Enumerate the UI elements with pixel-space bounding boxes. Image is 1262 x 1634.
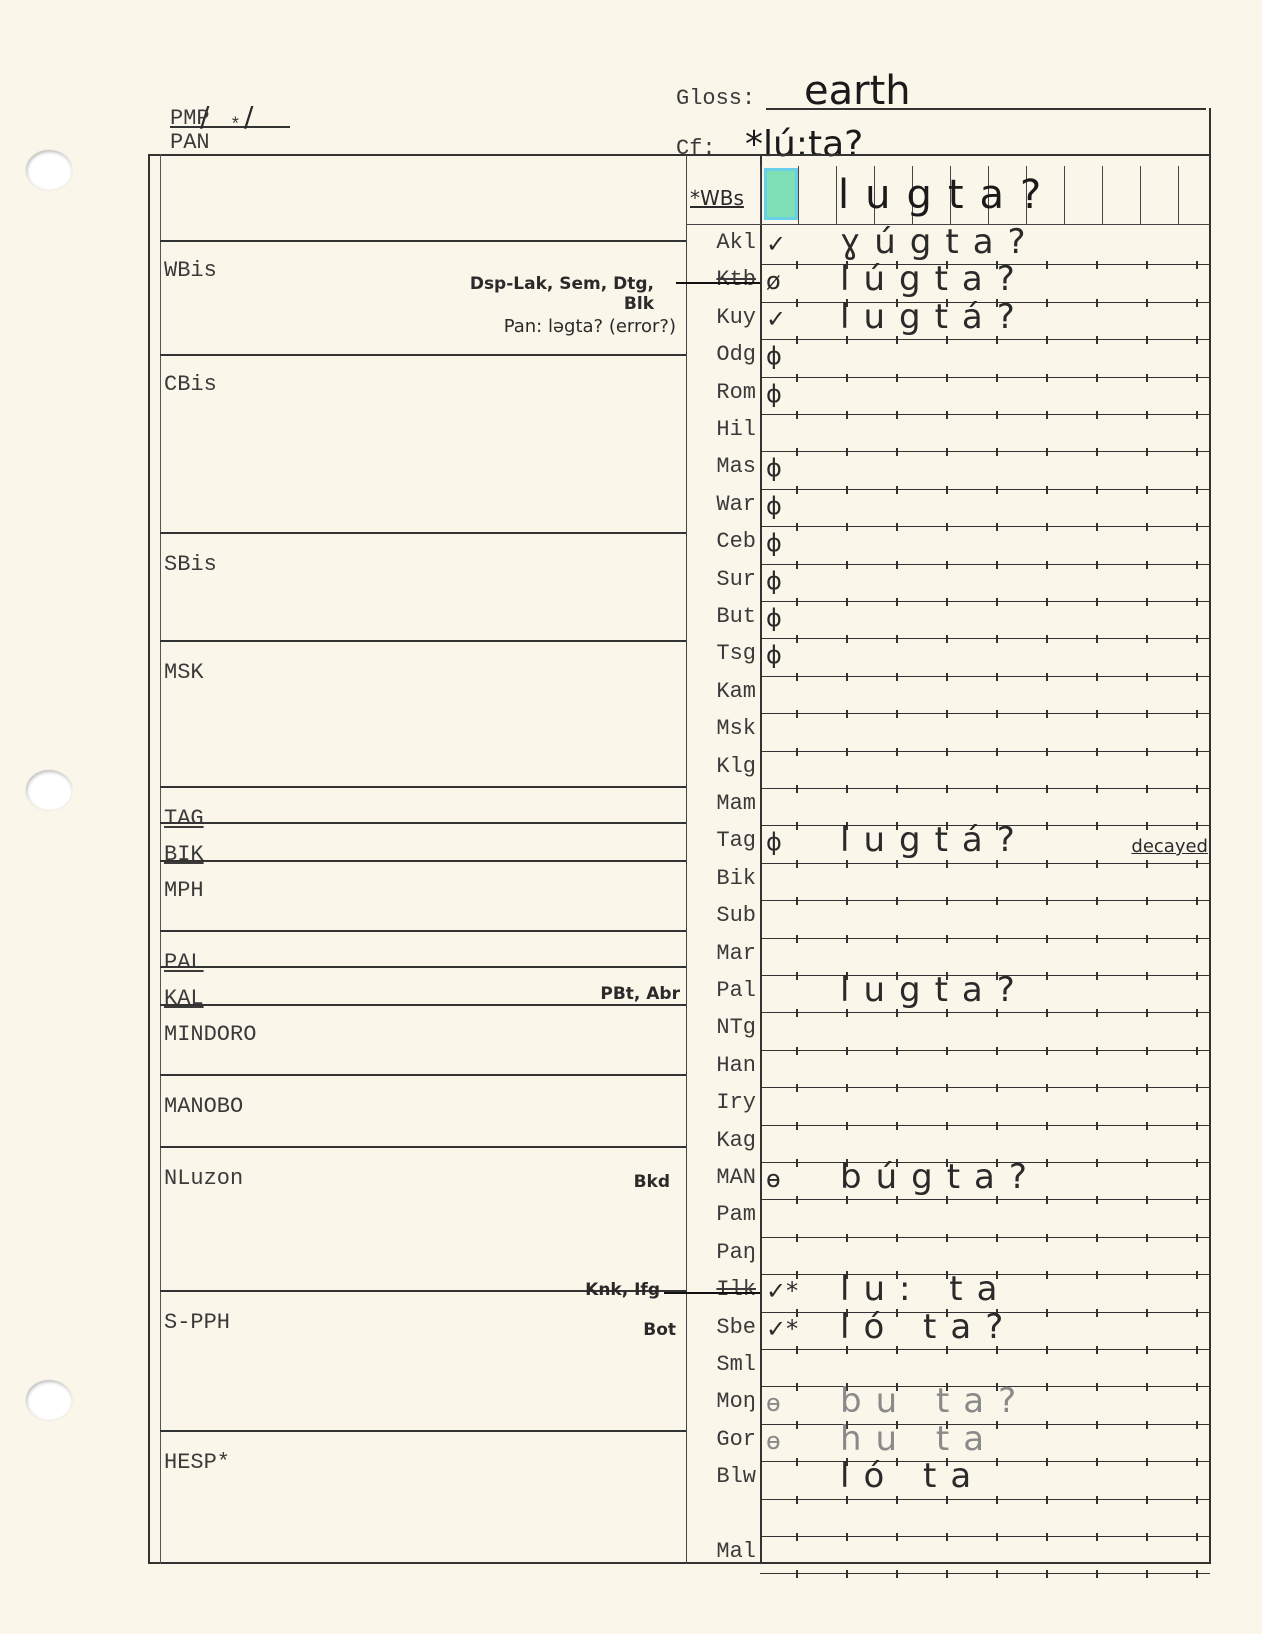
row-rule: [760, 638, 1210, 647]
language-code: Kag: [688, 1128, 756, 1153]
language-code: Rom: [688, 380, 756, 405]
language-form: lugtá?: [840, 297, 1029, 337]
cognate-mark: ✓: [766, 305, 786, 333]
group-separator: [160, 640, 686, 642]
row-rule: [760, 900, 1210, 909]
language-code: Klg: [688, 754, 756, 779]
row-rule: [760, 1573, 1210, 1582]
highlight-marker: [764, 168, 798, 220]
row-rule: [760, 451, 1210, 460]
cognate-mark: ϕ: [766, 342, 782, 370]
reconstruction-label: *WBs: [690, 186, 744, 210]
row-rule: [760, 676, 1210, 685]
cognate-mark: ø: [766, 267, 781, 295]
grid-cell-divider: [798, 166, 799, 224]
language-code: Kuy: [688, 305, 756, 330]
row-rule: [760, 526, 1210, 535]
language-code: War: [688, 492, 756, 517]
row-rule: [760, 601, 1210, 610]
language-code: Sml: [688, 1352, 756, 1377]
group-label: S-PPH: [164, 1310, 230, 1335]
language-code: Ktb: [688, 267, 756, 292]
row-rule: [760, 788, 1210, 797]
language-code: Sbe: [688, 1315, 756, 1340]
row-rule: [760, 713, 1210, 722]
language-code: Bik: [688, 866, 756, 891]
language-code: Mas: [688, 454, 756, 479]
panel-divider: [686, 154, 687, 1564]
cognate-mark: ✓*: [766, 1315, 798, 1343]
row-rule: [760, 1349, 1210, 1358]
proto-star: *: [230, 116, 241, 136]
cognate-mark: ✓: [766, 230, 786, 258]
reconstruction-form: lugta?: [838, 172, 1057, 218]
language-code: Kam: [688, 679, 756, 704]
cognate-mark: ✓*: [766, 1277, 798, 1305]
language-code: Mam: [688, 791, 756, 816]
row-rule: [760, 1499, 1210, 1508]
grid-cell-divider: [836, 166, 837, 224]
language-code: Tsg: [688, 641, 756, 666]
group-label: MANOBO: [164, 1094, 243, 1119]
wbis-sources-note: Dsp-Lak, Sem, Dtg, Blk: [440, 274, 654, 314]
group-separator: [160, 240, 686, 242]
arrow-line: [664, 1292, 760, 1294]
arrow-line: [676, 282, 760, 284]
row-rule: [760, 1536, 1210, 1545]
language-code: Blw: [688, 1464, 756, 1489]
group-separator: [160, 822, 686, 824]
group-separator: [160, 1146, 686, 1148]
language-code: Tag: [688, 828, 756, 853]
language-code: MAN: [688, 1165, 756, 1190]
language-code: Moŋ: [688, 1389, 756, 1414]
cognate-mark: ө: [766, 1165, 781, 1193]
punch-hole: [26, 1380, 72, 1420]
row-rule: [760, 1050, 1210, 1059]
row-rule: [760, 1237, 1210, 1246]
grid-cell-divider: [1140, 166, 1141, 224]
cognate-mark: ϕ: [766, 828, 782, 856]
language-form: ló ta: [840, 1456, 985, 1496]
group-separator: [160, 1074, 686, 1076]
cognate-mark: ϕ: [766, 454, 782, 482]
row-rule: [760, 489, 1210, 498]
language-code: Gor: [688, 1427, 756, 1452]
language-form: lugta?: [840, 970, 1029, 1010]
row-rule: [760, 863, 1210, 872]
cognate-mark: ϕ: [766, 529, 782, 557]
group-separator: [160, 860, 686, 862]
nluzon-sources-note: Knk, Ifg: [540, 1280, 660, 1300]
language-code: Msk: [688, 716, 756, 741]
sbe-sources-note: Bot: [600, 1320, 676, 1340]
punch-hole: [26, 770, 72, 810]
row-rule: [760, 339, 1210, 348]
language-code: Odg: [688, 342, 756, 367]
language-code: Akl: [688, 230, 756, 255]
group-separator: [160, 930, 686, 932]
group-label: KAL: [164, 986, 204, 1011]
group-label: SBis: [164, 552, 217, 577]
group-label: HESP*: [164, 1450, 230, 1475]
date-slash: /: [244, 100, 253, 133]
language-code: Sub: [688, 903, 756, 928]
group-separator: [160, 1430, 686, 1432]
row-rule: [760, 564, 1210, 573]
row-rule: [760, 377, 1210, 386]
pal-sources-note: PBt, Abr: [540, 984, 680, 1004]
frame-margin-line: [160, 154, 161, 1564]
punch-hole: [26, 150, 72, 190]
grid-cell-divider: [1064, 166, 1065, 224]
language-form: lugtá?: [840, 820, 1029, 860]
tag-decayed-note: decayed: [1118, 836, 1208, 857]
cognate-mark: ϕ: [766, 380, 782, 408]
language-code: Mal: [688, 1539, 756, 1564]
language-code: But: [688, 604, 756, 629]
language-form: búgta?: [840, 1157, 1041, 1197]
row-rule: [760, 938, 1210, 947]
group-separator: [160, 786, 686, 788]
row-rule: [760, 1087, 1210, 1096]
cognate-mark: ө: [766, 1389, 781, 1417]
grid-cell-divider: [1102, 166, 1103, 224]
language-form: ɣúgta?: [840, 222, 1040, 262]
language-code: Iry: [688, 1090, 756, 1115]
grid-cell-divider: [760, 166, 761, 224]
wbis-pan-note: Pan: ləgta? (error?): [440, 316, 676, 337]
pmp-label: PMP: [170, 106, 210, 131]
group-separator: [160, 966, 686, 968]
row-rule: [760, 1199, 1210, 1208]
group-label: MSK: [164, 660, 204, 685]
language-form: ló ta?: [840, 1307, 1017, 1347]
language-code: Ceb: [688, 529, 756, 554]
pan-label: PAN: [170, 130, 210, 155]
language-code: Mar: [688, 941, 756, 966]
group-label: NLuzon: [164, 1166, 243, 1191]
cognate-mark: ө: [766, 1427, 781, 1455]
group-label: BIK: [164, 842, 204, 867]
group-label: TAG: [164, 806, 204, 831]
language-code: Paŋ: [688, 1240, 756, 1265]
cognate-mark: ϕ: [766, 604, 782, 632]
cognate-mark: ϕ: [766, 492, 782, 520]
cognate-mark: ϕ: [766, 641, 782, 669]
language-code: NTg: [688, 1015, 756, 1040]
grid-cell-divider: [1178, 166, 1179, 224]
cognate-mark: ϕ: [766, 567, 782, 595]
group-separator: [160, 532, 686, 534]
language-code: Sur: [688, 567, 756, 592]
row-rule: [760, 414, 1210, 423]
group-label: PAL: [164, 950, 204, 975]
frame-right-edge: [1209, 108, 1211, 1564]
language-form: hu ta: [840, 1419, 998, 1459]
language-code: Hil: [688, 417, 756, 442]
man-sources-note: Bkd: [600, 1172, 670, 1192]
row-rule: [760, 1125, 1210, 1134]
group-label: WBis: [164, 258, 217, 283]
gloss-underline: [766, 108, 1206, 110]
group-label: CBis: [164, 372, 217, 397]
group-label: MINDORO: [164, 1022, 256, 1047]
language-code: Han: [688, 1053, 756, 1078]
row-rule: [760, 751, 1210, 760]
group-separator: [160, 1004, 686, 1006]
gloss-label: Gloss:: [676, 86, 755, 111]
group-separator: [160, 354, 686, 356]
group-label: MPH: [164, 878, 204, 903]
language-code: Pal: [688, 978, 756, 1003]
language-form: lu: ta: [840, 1269, 1011, 1309]
row-rule: [760, 1012, 1210, 1021]
language-form: bu ta?: [840, 1381, 1030, 1421]
language-form: lúgta?: [840, 259, 1029, 299]
language-code: Pam: [688, 1202, 756, 1227]
language-code: Ilk: [688, 1277, 756, 1302]
